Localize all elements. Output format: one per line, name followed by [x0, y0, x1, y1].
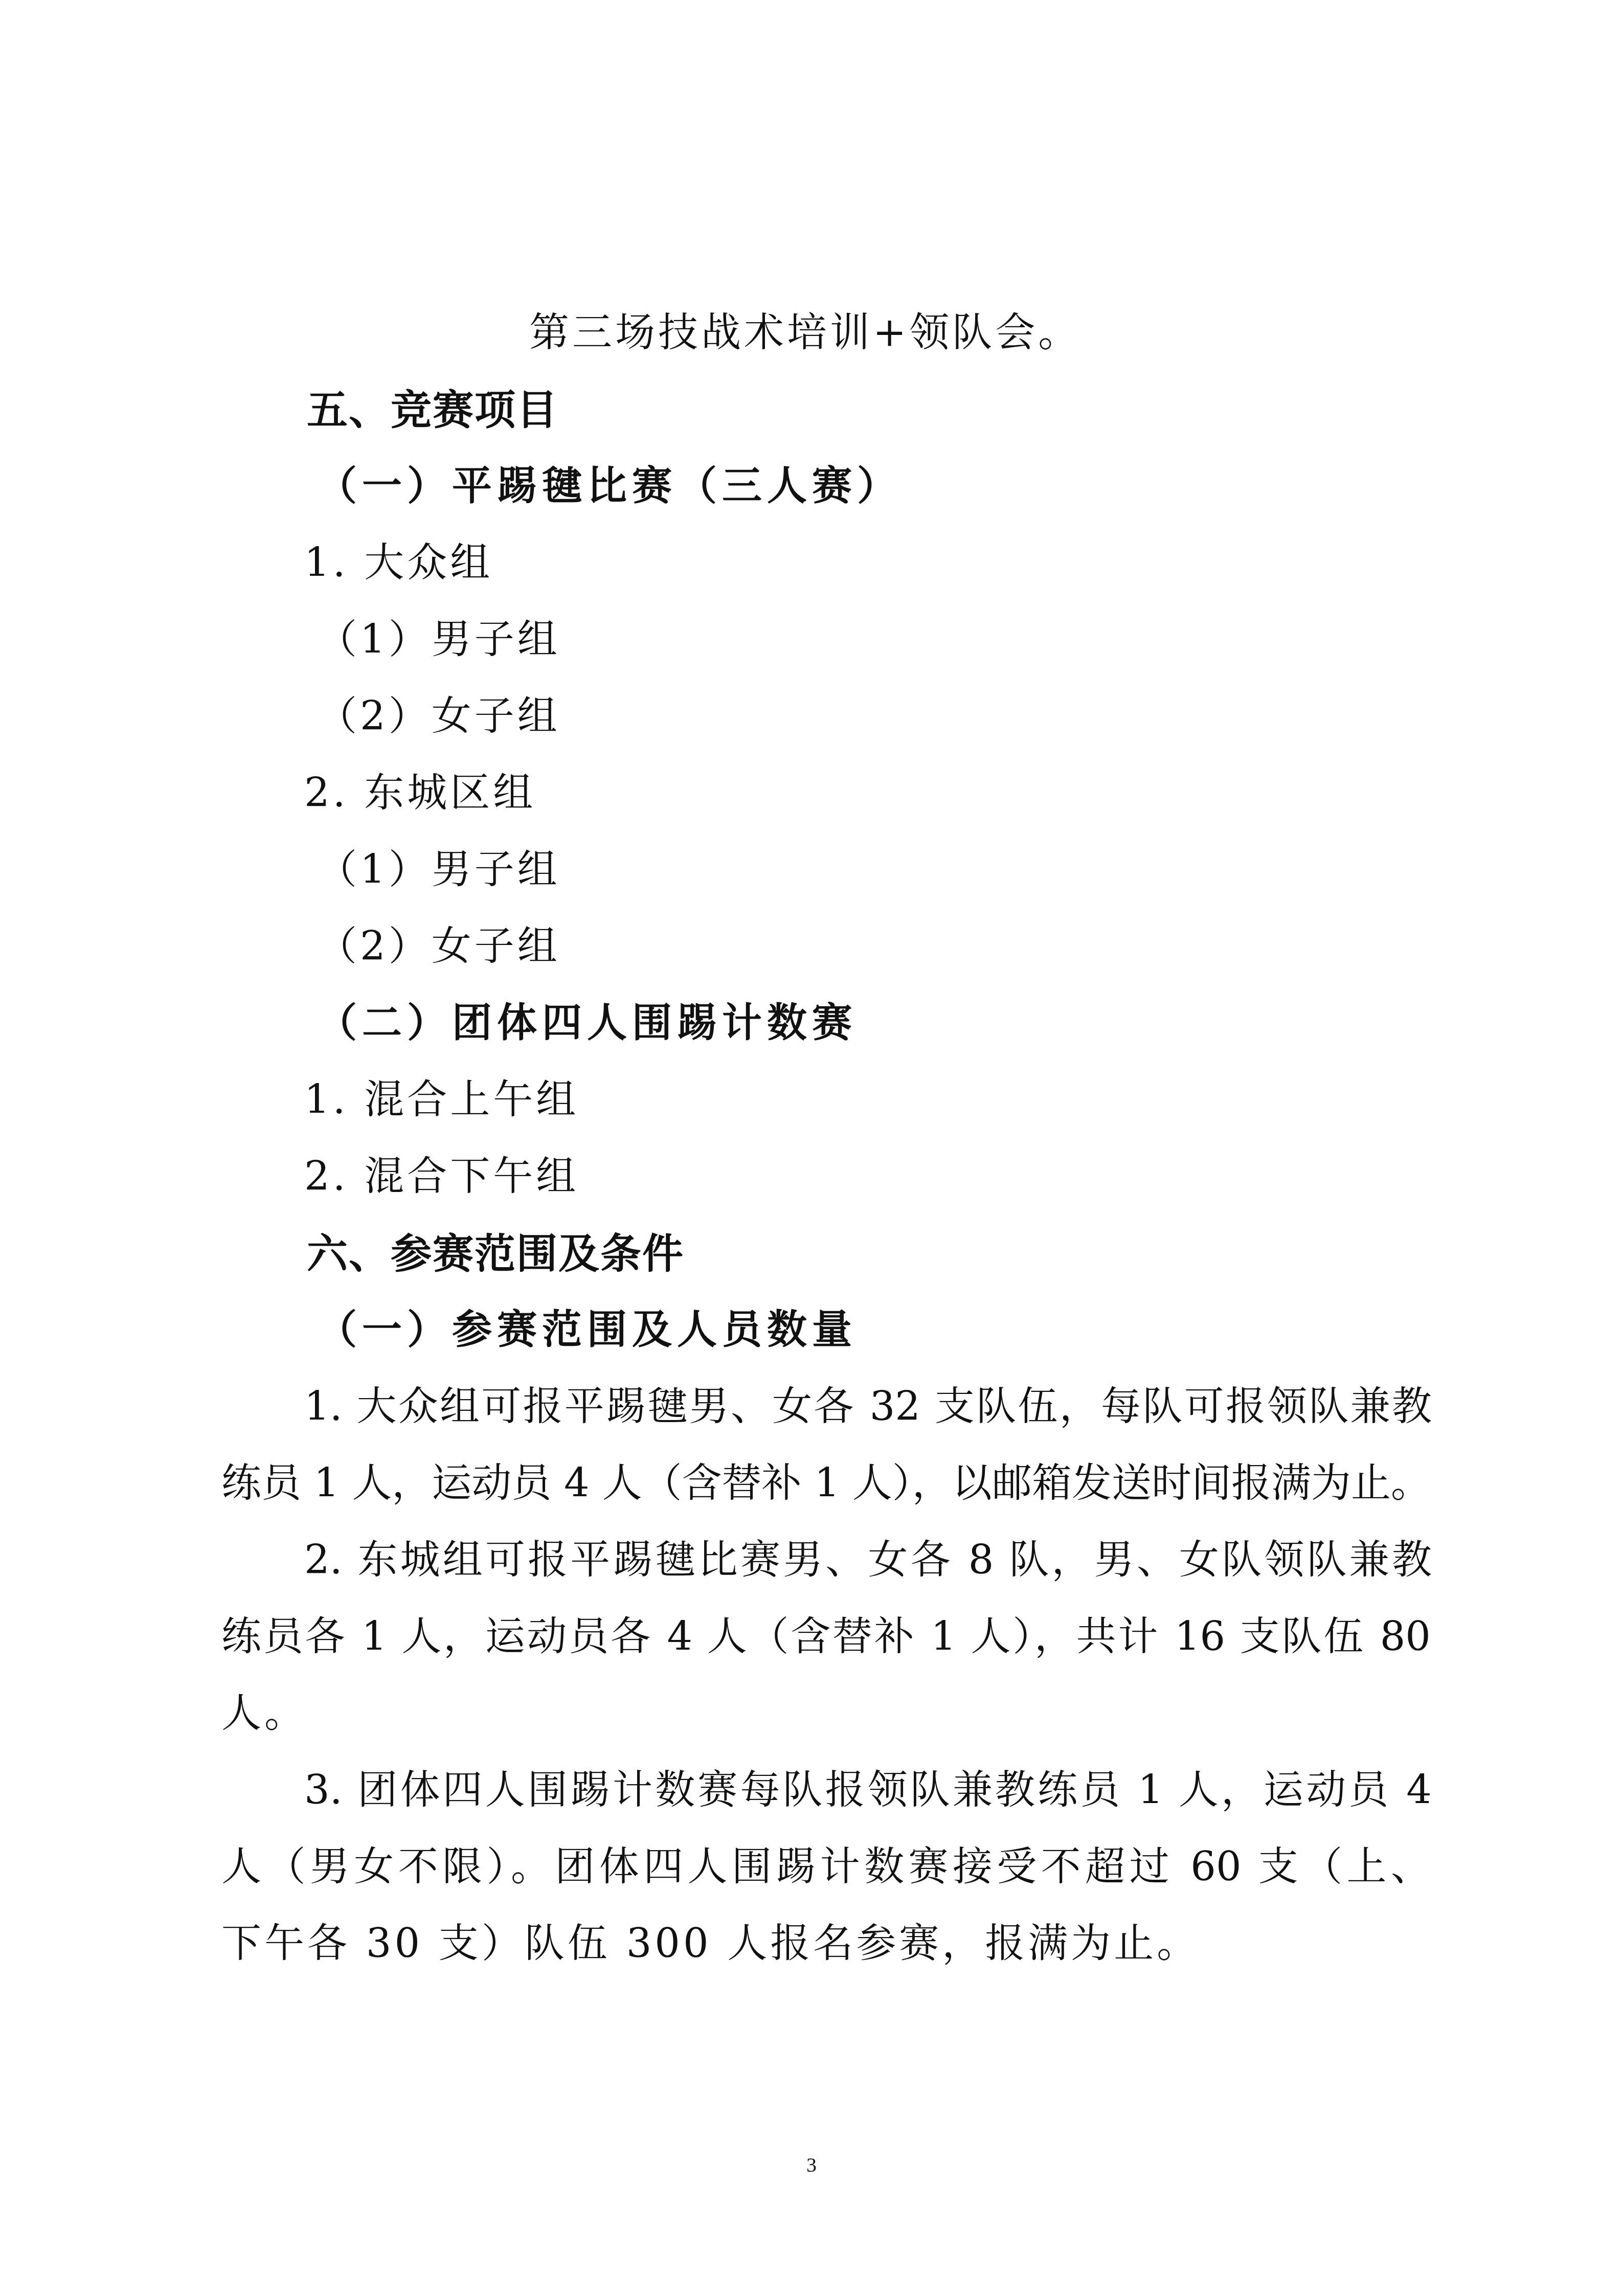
- subsection-heading-shuttlecock-trio: （一）平踢毽比赛（三人赛）: [317, 466, 902, 506]
- paragraph-3-line-3: 下午各 30 支）队伍 300 人报名参赛，报满为止。: [221, 1924, 1200, 1964]
- list-item-mixed-afternoon: 2. 混合下午组: [304, 1157, 579, 1197]
- list-item-mixed-morning: 1. 混合上午组: [304, 1080, 579, 1120]
- section-heading-participation: 六、参赛范围及条件: [307, 1233, 684, 1274]
- paragraph-1-line-1: 1. 大众组可报平踢毽男、女各 32 支队伍，每队可报领队兼教: [304, 1387, 1432, 1427]
- subsection-heading-scope: （一）参赛范围及人员数量: [317, 1310, 857, 1350]
- list-item-women-group: （2）女子组: [317, 696, 560, 736]
- list-item-women-group: （2）女子组: [317, 927, 560, 966]
- document-page: 第三场技战术培训+领队会。 五、竞赛项目 （一）平踢毽比赛（三人赛） 1. 大众…: [0, 0, 1623, 2296]
- paragraph-3-line-2: 人（男女不限）。团体四人围踢计数赛接受不超过 60 支（上、: [221, 1847, 1431, 1887]
- list-item-public-group: 1. 大众组: [304, 543, 493, 583]
- page-number: 3: [0, 2153, 1623, 2177]
- paragraph-3-line-1: 3. 团体四人围踢计数赛每队报领队兼教练员 1 人，运动员 4: [304, 1770, 1432, 1810]
- schedule-continuation: 第三场技战术培训+领队会。: [529, 313, 1081, 353]
- paragraph-2-line-2: 练员各 1 人，运动员各 4 人（含替补 1 人），共计 16 支队伍 80: [221, 1617, 1431, 1657]
- section-heading-competition-events: 五、竞赛项目: [307, 390, 558, 431]
- paragraph-2-line-1: 2. 东城组可报平踢毽比赛男、女各 8 队，男、女队领队兼教: [304, 1540, 1432, 1580]
- list-item-dongcheng-group: 2. 东城区组: [304, 773, 536, 813]
- paragraph-1-line-2: 练员 1 人，运动员 4 人（含替补 1 人），以邮箱发送时间报满为止。: [221, 1464, 1431, 1503]
- list-item-men-group: （1）男子组: [317, 850, 560, 890]
- list-item-men-group: （1）男子组: [317, 620, 560, 660]
- subsection-heading-team-count: （二）团体四人围踢计数赛: [317, 1003, 857, 1043]
- paragraph-2-line-3: 人。: [221, 1694, 307, 1734]
